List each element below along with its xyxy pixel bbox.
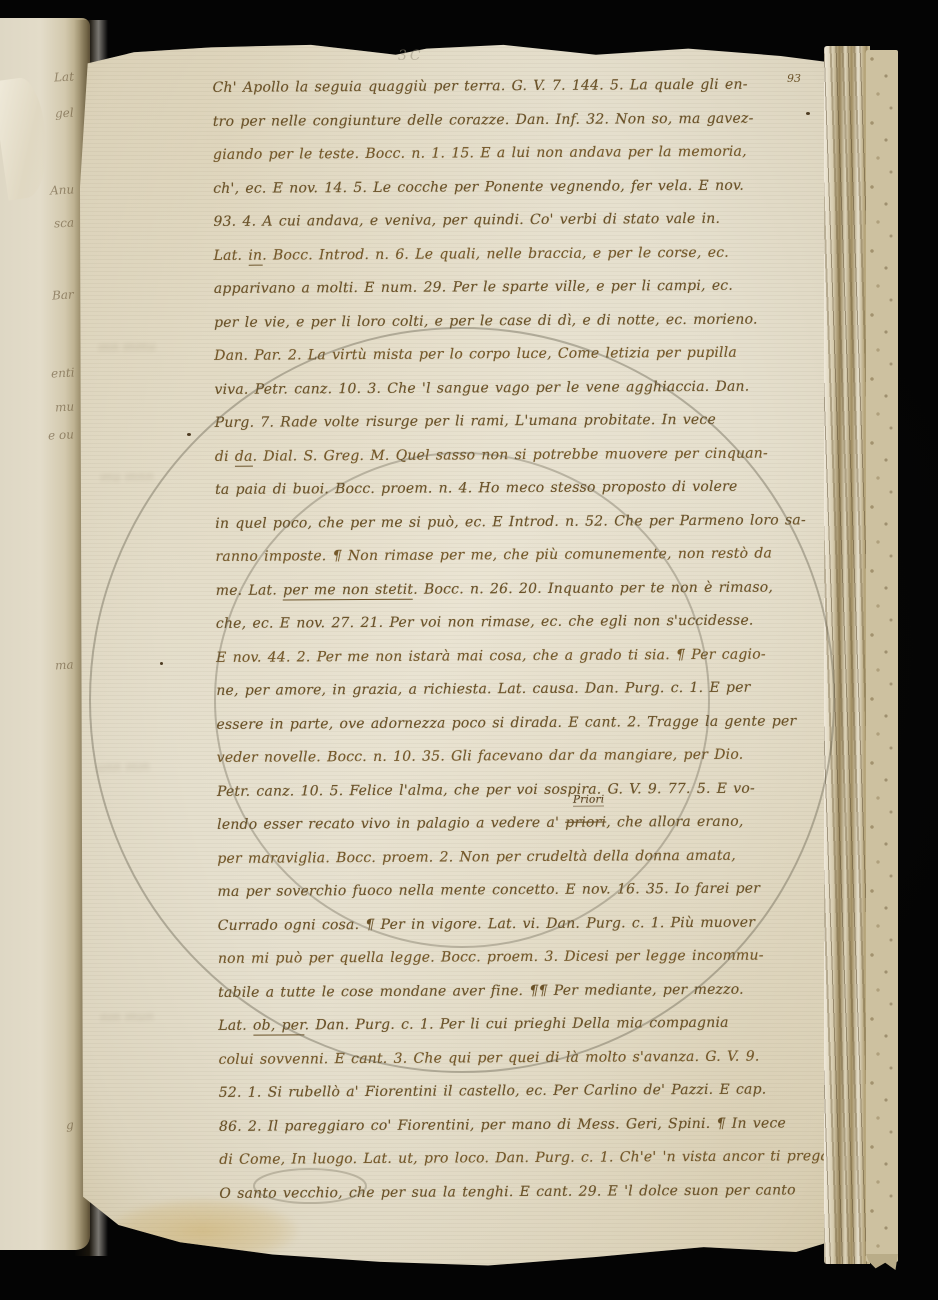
underlined-phrase: per me non stetit xyxy=(283,581,413,600)
manuscript-line: in quel poco, che per me si può, ec. E I… xyxy=(215,504,837,541)
manuscript-text-block: Ch' Apollo la seguia quaggiù per terra. … xyxy=(213,68,842,1211)
line-text: . Bocc. n. 26. 20. Inquanto per te non è… xyxy=(413,579,773,597)
line-text: . Dial. S. Greg. M. Quel sasso non si po… xyxy=(253,445,768,464)
manuscript-line: giando per le teste. Bocc. n. 1. 15. E a… xyxy=(213,135,835,172)
struck-word: priori xyxy=(565,815,606,831)
manuscript-line: ta paia di buoi. Bocc. proem. n. 4. Ho m… xyxy=(215,470,837,507)
leaf-text-fragment: e ou xyxy=(48,427,75,442)
manuscript-line: Ch' Apollo la seguia quaggiù per terra. … xyxy=(213,68,835,105)
manuscript-photograph: Lat gel Anu sca Bar enti mu e ou ma g um… xyxy=(0,0,938,1300)
manuscript-line: colui sovvenni. E cant. 3. Che qui per q… xyxy=(218,1040,840,1077)
leaf-text-fragment: enti xyxy=(50,365,74,380)
leaf-text-fragment: sca xyxy=(54,215,75,230)
line-text: di xyxy=(215,448,235,464)
leaf-text-fragment: mu xyxy=(55,400,75,415)
manuscript-line: ranno imposte. ¶ Non rimase per me, che … xyxy=(215,537,837,574)
manuscript-line: che, ec. E nov. 27. 21. Per voi non rima… xyxy=(216,604,838,641)
manuscript-line: viva. Petr. canz. 10. 3. Che 'l sangue v… xyxy=(214,370,836,407)
line-text: . Bocc. Introd. n. 6. Le quali, nelle br… xyxy=(262,244,729,263)
manuscript-line: Lat. in. Bocc. Introd. n. 6. Le quali, n… xyxy=(214,236,836,273)
manuscript-line: non mi può per quella legge. Bocc. proem… xyxy=(218,939,840,976)
underlined-word: in xyxy=(248,247,262,265)
manuscript-line: Purg. 7. Rade volte risurge per li rami,… xyxy=(215,403,837,440)
page-stack-edge xyxy=(824,46,870,1264)
leaf-text-fragment: Anu xyxy=(50,182,75,197)
manuscript-line: Currado ogni cosa. ¶ Per in vigore. Lat.… xyxy=(218,906,840,943)
manuscript-line: di da. Dial. S. Greg. M. Quel sasso non … xyxy=(215,437,837,474)
leaf-text-fragment: Bar xyxy=(52,287,74,302)
faint-top-mark: 3C xyxy=(398,48,424,64)
manuscript-line: lendo esser recato vivo in palagio a ved… xyxy=(217,805,839,842)
manuscript-line: 52. 1. Si rubellò a' Fiorentini il caste… xyxy=(219,1073,841,1110)
manuscript-line: Petr. canz. 10. 5. Felice l'alma, che pe… xyxy=(217,772,839,809)
manuscript-line: O santo vecchio, che per sua la tenghi. … xyxy=(219,1174,841,1211)
manuscript-line: di Come, In luogo. Lat. ut, pro loco. Da… xyxy=(219,1140,841,1177)
manuscript-line: tabile a tutte le cose mondane aver fine… xyxy=(218,973,840,1010)
manuscript-line: ne, per amore, in grazia, a richiesta. L… xyxy=(216,671,838,708)
underlined-phrase: ob, per xyxy=(253,1017,305,1035)
manuscript-line: veder novelle. Bocc. n. 10. 35. Gli face… xyxy=(217,738,839,775)
manuscript-line: per le vie, e per li loro colti, e per l… xyxy=(214,303,836,340)
line-text: Lat. xyxy=(214,247,249,263)
ink-speck xyxy=(187,433,191,436)
manuscript-line: ma per soverchio fuoco nella mente conce… xyxy=(217,872,839,909)
leaf-text-fragment: gel xyxy=(55,106,74,121)
ink-speck xyxy=(160,662,163,665)
manuscript-line: 93. 4. A cui andava, e veniva, per quind… xyxy=(213,202,835,239)
manuscript-line: essere in parte, ove adornezza poco si d… xyxy=(216,705,838,742)
line-text: Lat. xyxy=(218,1018,253,1034)
manuscript-line: E nov. 44. 2. Per me non istarà mai cosa… xyxy=(216,638,838,675)
fore-edge-board xyxy=(866,50,898,1262)
line-text: . Dan. Purg. c. 1. Per li cui prieghi De… xyxy=(305,1015,729,1034)
leaf-text-fragment: ma xyxy=(55,658,74,673)
line-text: me. Lat. xyxy=(216,582,284,598)
line-text: lendo esser recato vivo in palagio a ved… xyxy=(217,815,565,833)
manuscript-line: 86. 2. Il pareggiaro co' Fiorentini, per… xyxy=(219,1107,841,1144)
manuscript-line: Dan. Par. 2. La virtù mista per lo corpo… xyxy=(214,336,836,373)
leaf-text-fragment: Lat xyxy=(54,69,75,84)
interlinear-correction: Priori xyxy=(573,794,604,807)
manuscript-line: tro per nelle congiunture delle corazze.… xyxy=(213,102,835,139)
manuscript-line: apparivano a molti. E num. 29. Per le sp… xyxy=(214,269,836,306)
manuscript-line: ch', ec. E nov. 14. 5. Le cocche per Pon… xyxy=(213,169,835,206)
underlined-word: da xyxy=(235,448,253,466)
manuscript-line: me. Lat. per me non stetit. Bocc. n. 26.… xyxy=(216,571,838,608)
manuscript-line: per maraviglia. Bocc. proem. 2. Non per … xyxy=(217,839,839,876)
line-text: , che allora erano, xyxy=(606,814,743,831)
manuscript-line: Lat. ob, per. Dan. Purg. c. 1. Per li cu… xyxy=(218,1006,840,1043)
